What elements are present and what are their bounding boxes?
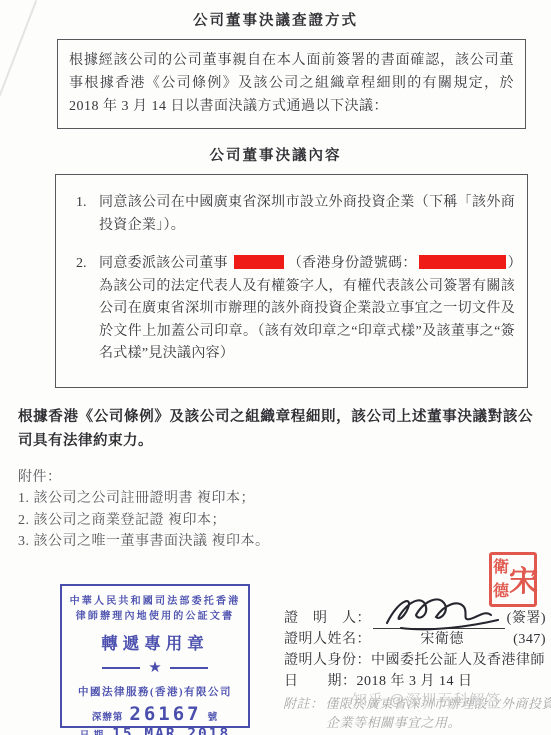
stamp-date-label: 日 期 [80, 727, 104, 735]
legal-effect-paragraph: 根據香港《公司條例》及該公司之組織章程細則，該公司上述董事決議對該公司具有法律約… [18, 405, 533, 453]
stamp-line-1: 中華人民共和國司法部委托香港 [62, 594, 248, 609]
certifier-label: 證明人姓名： [284, 630, 371, 650]
resolution-text-segment: （香港身份證號碼： [288, 256, 417, 271]
stamp-star-row: ★ [62, 661, 248, 675]
verification-method-box: 根據經該公司的公司董事親自在本人面前簽署的書面確認，該公司董事根據香港《公司條例… [57, 39, 526, 129]
attachment-item: 2. 該公司之商業登記證 複印本； [18, 510, 533, 532]
footnote-line-2: 企業等相關事宜之用。 [283, 713, 545, 732]
seal-char: 衛 [493, 559, 509, 576]
certifier-label: 證明人身份： [284, 651, 371, 671]
resolution-content-box: 1. 同意該公司在中國廣東省深圳市設立外商投資企業（下稱「該外商投資企業」）。 … [55, 174, 528, 388]
stamp-company-name: 中國法律服務(香港)有限公司 [62, 684, 248, 699]
attachment-item: 1. 該公司之公司註冊證明書 複印本； [18, 488, 533, 510]
resolution-item-2: 2. 同意委派該公司董事（香港身份證號碼：）為該公司的法定代表人及有權簽字人，有… [76, 253, 515, 366]
resolution-number: 2. [76, 253, 94, 366]
certifier-signature [377, 591, 507, 635]
resolution-text: 同意該公司在中國廣東省深圳市設立外商投資企業（下稱「該外商投資企業」）。 [99, 192, 515, 237]
certifier-row-signature: 證 明 人： (簽署) [284, 609, 546, 629]
attachment-item: 3. 該公司之唯一董事書面決議 複印本。 [18, 531, 533, 553]
watermark-text: 知乎 @深圳百科解答 [352, 689, 501, 710]
signature-line [373, 610, 505, 629]
stamp-dash-right [170, 667, 208, 669]
certifier-block: 證 明 人： (簽署) 證明人姓名： 宋衛德 (347) 證明人身份： 中國委托… [284, 609, 546, 693]
resolution-text-segment: ）為該公司的法定代表人及有權簽字人，有權代表該公司簽署有關該公司在廣東省深圳市辦… [99, 256, 515, 361]
resolution-text: 同意委派該公司董事（香港身份證號碼：）為該公司的法定代表人及有權簽字人，有權代表… [99, 253, 515, 366]
stamp-serial-row: 深辦第 26167 號 [62, 703, 248, 725]
transmission-stamp: 中華人民共和國司法部委托香港 律師辦理內地使用的公証文書 轉遞專用章 ★ 中國法… [60, 584, 250, 728]
certifier-identity: 中國委托公証人及香港律師 [371, 651, 546, 671]
stamp-dash-left [102, 667, 140, 669]
stamp-line-2: 律師辦理內地使用的公証文書 [62, 609, 248, 624]
notarial-document-page: 公司董事決議查證方式 根據經該公司的公司董事親自在本人面前簽署的書面確認，該公司… [0, 0, 551, 735]
stamp-date-row: 日 期 15 MAR 2018 [62, 726, 248, 735]
section2-title: 公司董事決議內容 [0, 144, 551, 165]
certifier-label: 日 期： [284, 672, 357, 692]
seal-right-column: 宋 [509, 556, 538, 603]
attachments-list: 附件： 1. 該公司之公司註冊證明書 複印本； 2. 該公司之商業登記證 複印本… [18, 467, 533, 553]
seal-char: 宋 [509, 559, 538, 600]
attachments-label: 附件： [18, 467, 533, 489]
certifier-number: (347) [513, 630, 546, 650]
star-icon: ★ [148, 661, 161, 675]
stamp-date-value: 15 MAR 2018 [112, 726, 230, 735]
stamp-serial-number: 26167 [129, 703, 201, 725]
stamp-serial-suffix: 號 [208, 709, 219, 723]
resolution-number: 1. [76, 192, 94, 237]
resolution-text-segment: 同意委派該公司董事 [99, 256, 228, 271]
redacted-director-name [234, 255, 284, 269]
certifier-row-identity: 證明人身份： 中國委托公証人及香港律師 [284, 651, 546, 671]
certifier-label: 證 明 人： [284, 609, 371, 629]
redacted-id-number [419, 255, 506, 269]
stamp-title: 轉遞專用章 [62, 630, 248, 654]
resolution-item-1: 1. 同意該公司在中國廣東省深圳市設立外商投資企業（下稱「該外商投資企業」）。 [76, 192, 515, 237]
signature-suffix: (簽署) [507, 609, 546, 629]
section1-title: 公司董事決議查證方式 [0, 0, 551, 30]
verification-method-text: 根據經該公司的公司董事親自在本人面前簽署的書面確認，該公司董事根據香港《公司條例… [69, 53, 514, 114]
footnote-label: 附註： [283, 694, 324, 713]
stamp-serial-prefix: 深辦第 [92, 709, 124, 723]
